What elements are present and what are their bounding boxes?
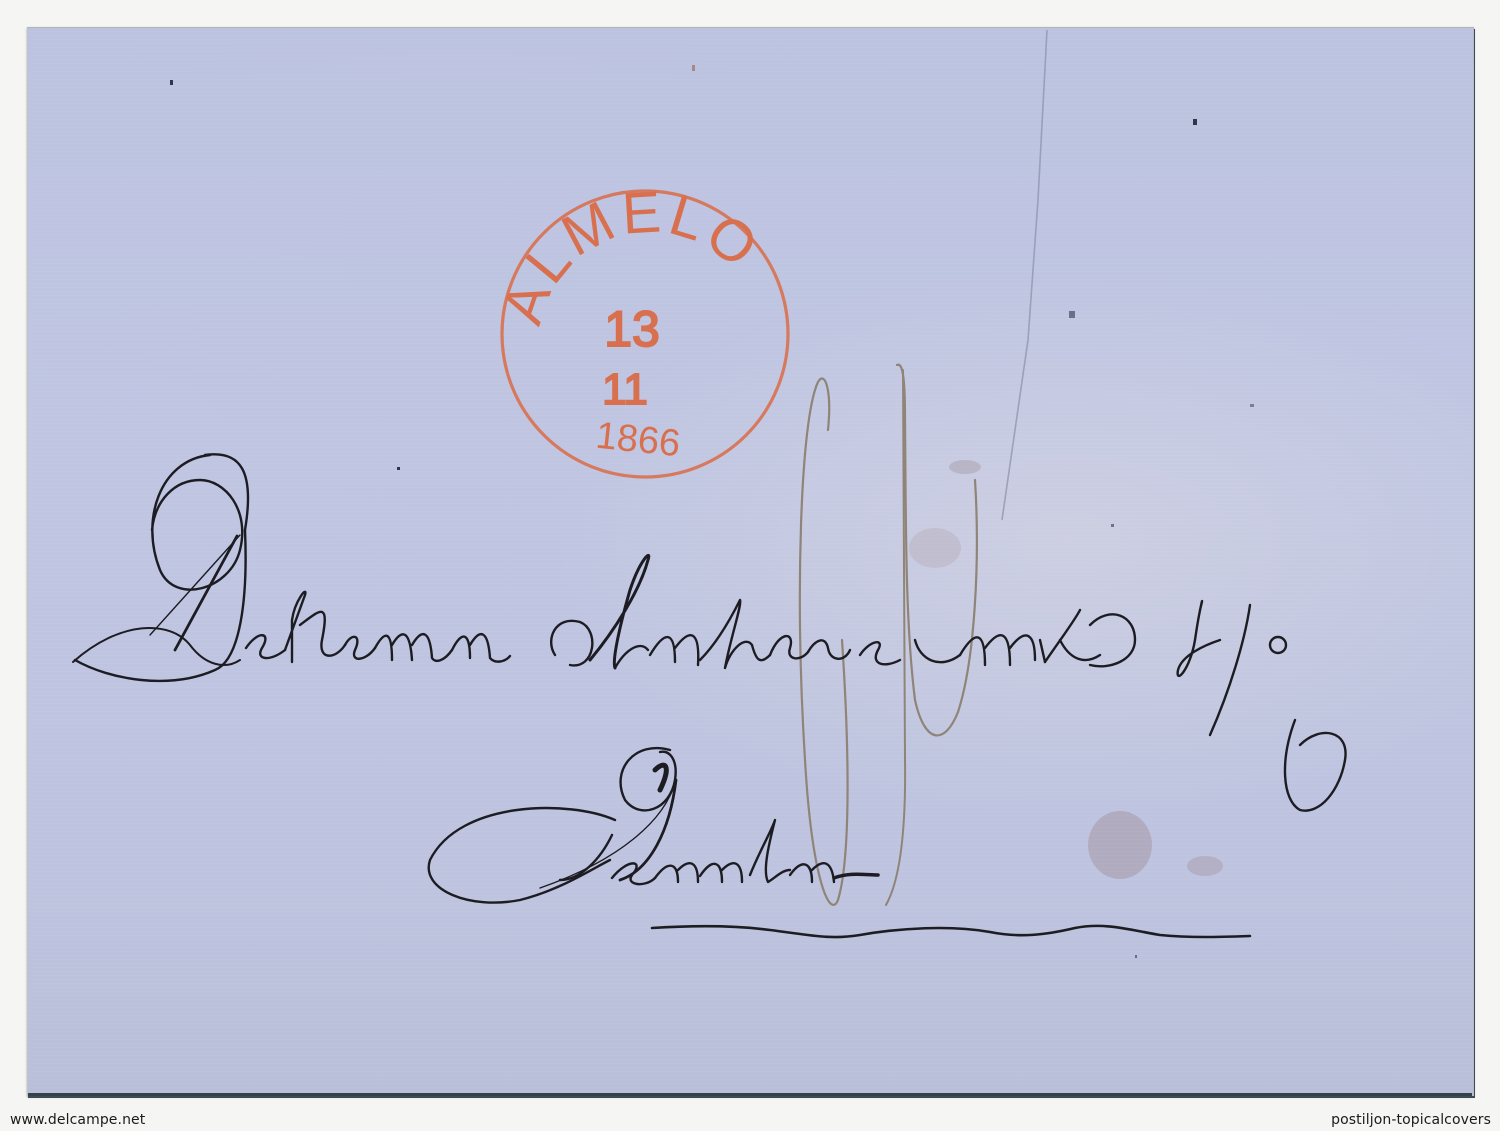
address-underline xyxy=(652,926,1250,937)
stain xyxy=(1187,856,1223,876)
fold-line xyxy=(1002,30,1047,520)
postmark-almelo: ALMELO 13 11 1866 xyxy=(490,179,788,477)
stain xyxy=(949,460,981,474)
watermark-postiljon: postiljon-topicalcovers xyxy=(1331,1112,1491,1128)
stain xyxy=(1088,811,1152,879)
cover-markings: ALMELO 13 11 1866 xyxy=(0,0,1500,1131)
handwritten-address-line-1 xyxy=(73,454,1346,810)
postmark-year: 1866 xyxy=(594,415,682,466)
postage-due-pencil-mark xyxy=(800,365,977,905)
watermark-delcampe: www.delcampe.net xyxy=(10,1112,145,1128)
postmark-day: 13 xyxy=(604,301,660,357)
postmark-month: 11 xyxy=(602,365,648,414)
stain xyxy=(909,528,961,568)
